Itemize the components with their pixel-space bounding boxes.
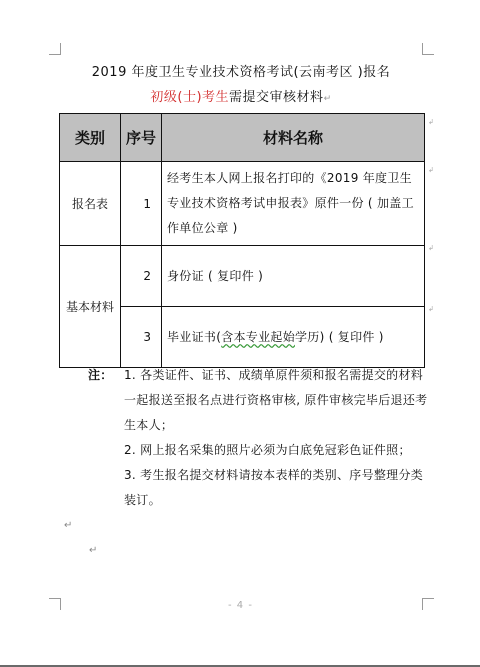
- category-cell[interactable]: 报名表: [60, 162, 121, 246]
- material-name-cell[interactable]: 身份证 ( 复印件 ): [162, 246, 425, 307]
- number-cell[interactable]: 2: [121, 246, 162, 307]
- paragraph-mark-icon: ↵: [64, 520, 72, 531]
- margin-corner-bottom-left: [49, 598, 61, 610]
- title-line-1-text: 2019 年度卫生专业技术资格考试(云南考区 )报名: [92, 65, 391, 80]
- margin-corner-top-right: [422, 43, 434, 55]
- notes-section: 注： 1. 各类证件、证书、成绩单原件须和报名需提交的材料一起报送至报名点进行资…: [88, 363, 433, 513]
- notes-label: 注：: [88, 363, 113, 388]
- material-name-cell[interactable]: 毕业证书(含本专业起始学历) ( 复印件 ): [162, 307, 425, 368]
- spellcheck-underlined-text: 含本专业起始: [221, 330, 295, 344]
- title-highlight-text: 初级(士)考生: [150, 90, 229, 105]
- header-number: 序号: [121, 114, 162, 162]
- table-row: 报名表 1 经考生本人网上报名打印的《2019 年度卫生专业技术资格考试申报表》…: [60, 162, 425, 246]
- note-item[interactable]: 1. 各类证件、证书、成绩单原件须和报名需提交的材料一起报送至报名点进行资格审核…: [124, 363, 433, 438]
- materials-table: 类别 序号 材料名称 报名表 1 经考生本人网上报名打印的《2019 年度卫生专…: [59, 113, 425, 368]
- margin-corner-bottom-right: [422, 598, 434, 610]
- material-name-part-2: 学历) ( 复印件 ): [295, 330, 384, 344]
- note-item[interactable]: 3. 考生报名提交材料请按本表样的类别、序号整理分类装订。: [124, 463, 433, 513]
- table-row: 基本材料 2 身份证 ( 复印件 ): [60, 246, 425, 307]
- page-number: - 4 -: [228, 600, 253, 611]
- row-end-mark-icon: ↲: [428, 305, 434, 313]
- material-name-cell[interactable]: 经考生本人网上报名打印的《2019 年度卫生专业技术资格考试申报表》原件一份 (…: [162, 162, 425, 246]
- number-cell[interactable]: 3: [121, 307, 162, 368]
- header-category: 类别: [60, 114, 121, 162]
- category-cell[interactable]: 基本材料: [60, 246, 121, 368]
- document-title-line-2: 初级(士)考生需提交审核材料↵: [60, 89, 422, 108]
- note-item[interactable]: 2. 网上报名采集的照片必须为白底免冠彩色证件照；: [124, 438, 433, 463]
- material-name-part-1: 毕业证书(: [167, 330, 221, 344]
- document-title-line-1: 2019 年度卫生专业技术资格考试(云南考区 )报名: [60, 64, 422, 82]
- row-end-mark-icon: ↲: [428, 166, 434, 174]
- title-line-2-text: 需提交审核材料: [229, 90, 324, 105]
- number-cell[interactable]: 1: [121, 162, 162, 246]
- table-header-row: 类别 序号 材料名称: [60, 114, 425, 162]
- header-material-name: 材料名称: [162, 114, 425, 162]
- margin-corner-top-left: [49, 43, 61, 55]
- row-end-mark-icon: ↲: [428, 244, 434, 252]
- row-end-mark-icon: ↲: [428, 118, 434, 126]
- document-page: 2019 年度卫生专业技术资格考试(云南考区 )报名 初级(士)考生需提交审核材…: [0, 0, 480, 667]
- paragraph-mark-icon: ↵: [324, 94, 332, 104]
- paragraph-mark-icon: ↵: [89, 545, 97, 556]
